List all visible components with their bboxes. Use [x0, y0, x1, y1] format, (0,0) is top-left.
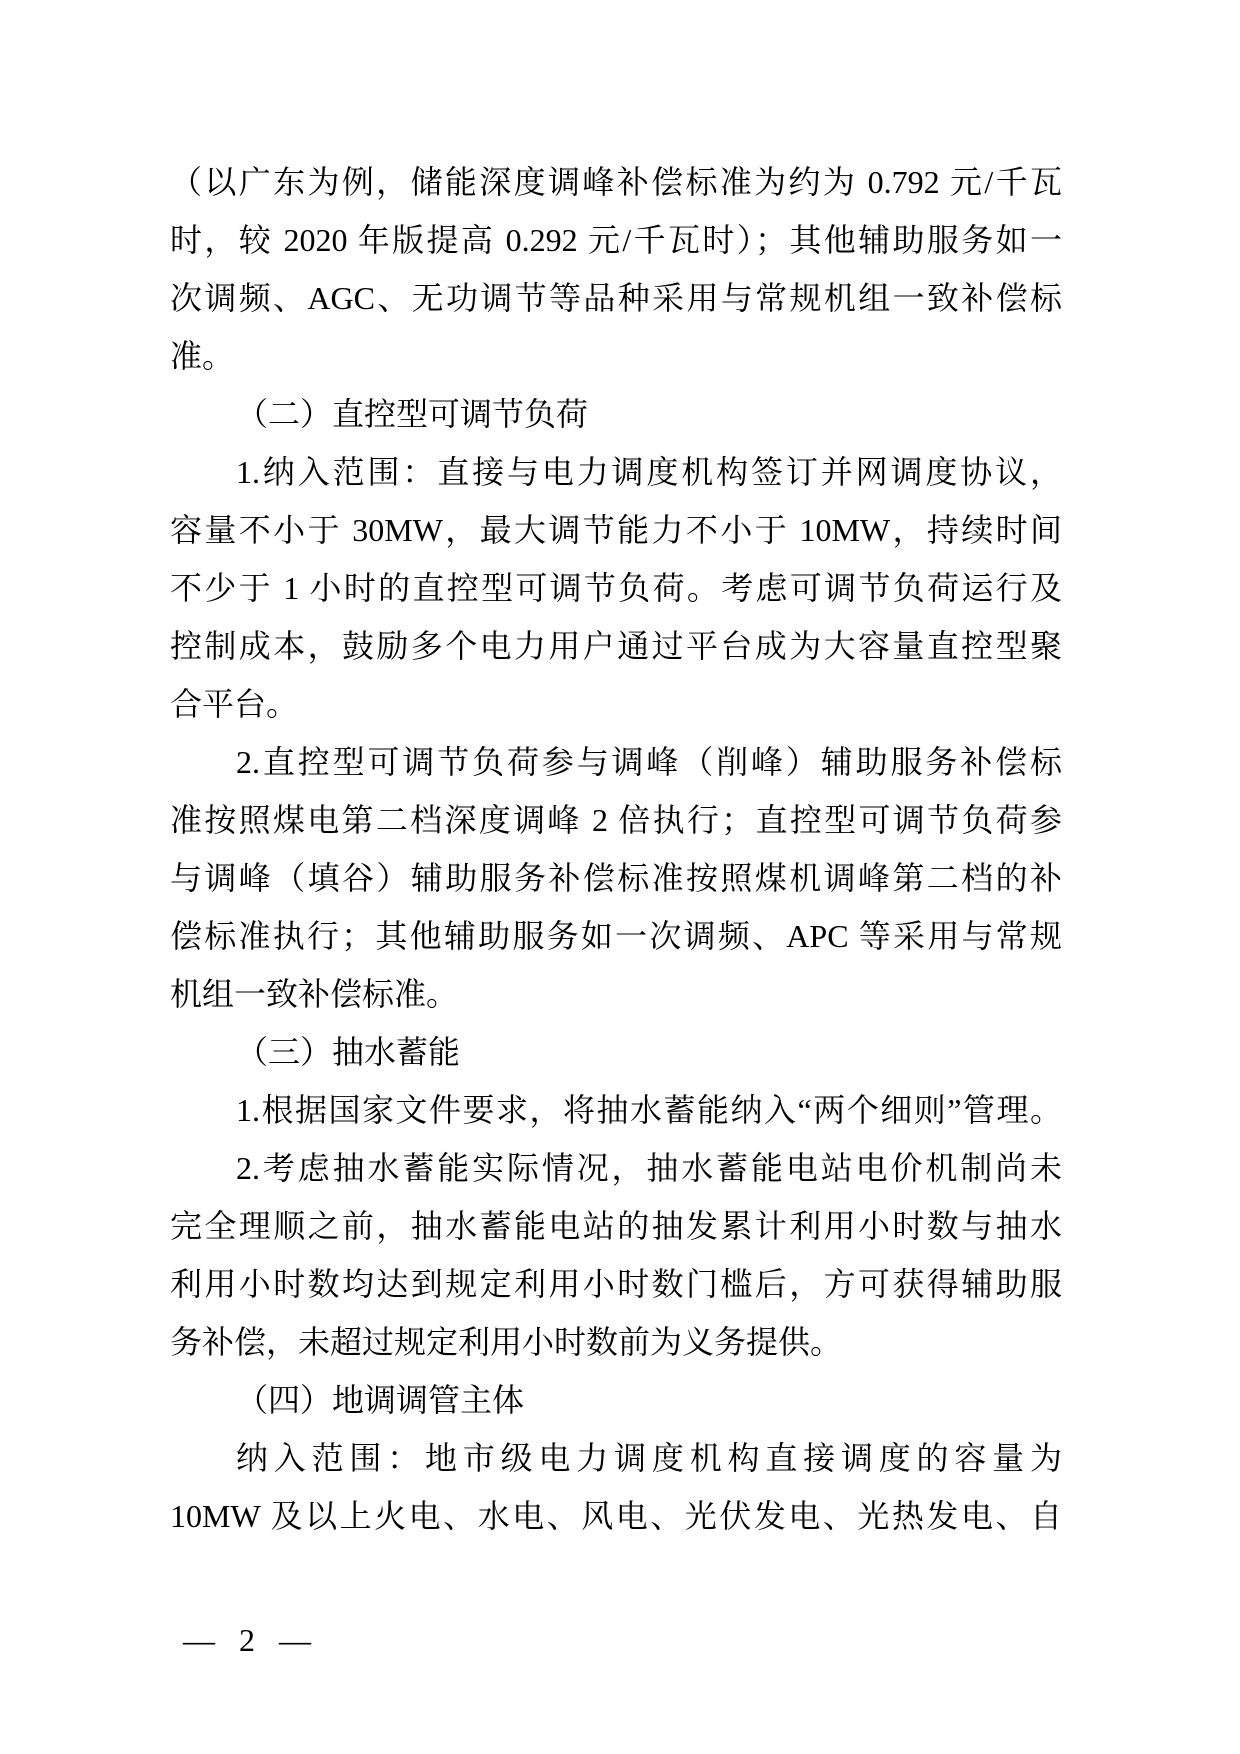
- text-line: 偿标准执行；其他辅助服务如一次调频、APC 等采用与常规: [170, 907, 1062, 965]
- text-line: 10MW 及以上火电、水电、风电、光伏发电、光热发电、自: [170, 1487, 1062, 1545]
- text-line: 准按照煤电第二档深度调峰 2 倍执行；直控型可调节负荷参: [170, 791, 1062, 849]
- text-line: 务补偿，未超过规定利用小时数前为义务提供。: [170, 1313, 1062, 1371]
- text-line: 控制成本，鼓励多个电力用户通过平台成为大容量直控型聚: [170, 617, 1062, 675]
- text-line: 不少于 1 小时的直控型可调节负荷。考虑可调节负荷运行及: [170, 559, 1062, 617]
- text-line: 合平台。: [170, 675, 1062, 733]
- text-line: 次调频、AGC、无功调节等品种采用与常规机组一致补偿标: [170, 269, 1062, 327]
- text-line: 完全理顺之前，抽水蓄能电站的抽发累计利用小时数与抽水: [170, 1197, 1062, 1255]
- section-heading: （三）抽水蓄能: [170, 1023, 1062, 1081]
- text-line: 2.直控型可调节负荷参与调峰（削峰）辅助服务补偿标: [170, 733, 1062, 791]
- text-line: 2.考虑抽水蓄能实际情况，抽水蓄能电站电价机制尚未: [170, 1139, 1062, 1197]
- page-number: — 2 —: [183, 1615, 319, 1665]
- document-body: （以广东为例，储能深度调峰补偿标准为约为 0.792 元/千瓦 时，较 2020…: [170, 153, 1062, 1545]
- section-heading: （二）直控型可调节负荷: [170, 385, 1062, 443]
- text-line: 时，较 2020 年版提高 0.292 元/千瓦时）；其他辅助服务如一: [170, 211, 1062, 269]
- text-line: 准。: [170, 327, 1062, 385]
- document-page: （以广东为例，储能深度调峰补偿标准为约为 0.792 元/千瓦 时，较 2020…: [0, 0, 1240, 1754]
- text-line: 与调峰（填谷）辅助服务补偿标准按照煤机调峰第二档的补: [170, 849, 1062, 907]
- text-line: 纳入范围：地市级电力调度机构直接调度的容量为: [170, 1429, 1062, 1487]
- text-line: 1.根据国家文件要求，将抽水蓄能纳入“两个细则”管理。: [170, 1081, 1062, 1139]
- text-line: 利用小时数均达到规定利用小时数门槛后，方可获得辅助服: [170, 1255, 1062, 1313]
- text-line: 机组一致补偿标准。: [170, 965, 1062, 1023]
- text-line: 1.纳入范围：直接与电力调度机构签订并网调度协议，: [170, 443, 1062, 501]
- section-heading: （四）地调调管主体: [170, 1371, 1062, 1429]
- text-line: 容量不小于 30MW，最大调节能力不小于 10MW，持续时间: [170, 501, 1062, 559]
- text-line: （以广东为例，储能深度调峰补偿标准为约为 0.792 元/千瓦: [170, 153, 1062, 211]
